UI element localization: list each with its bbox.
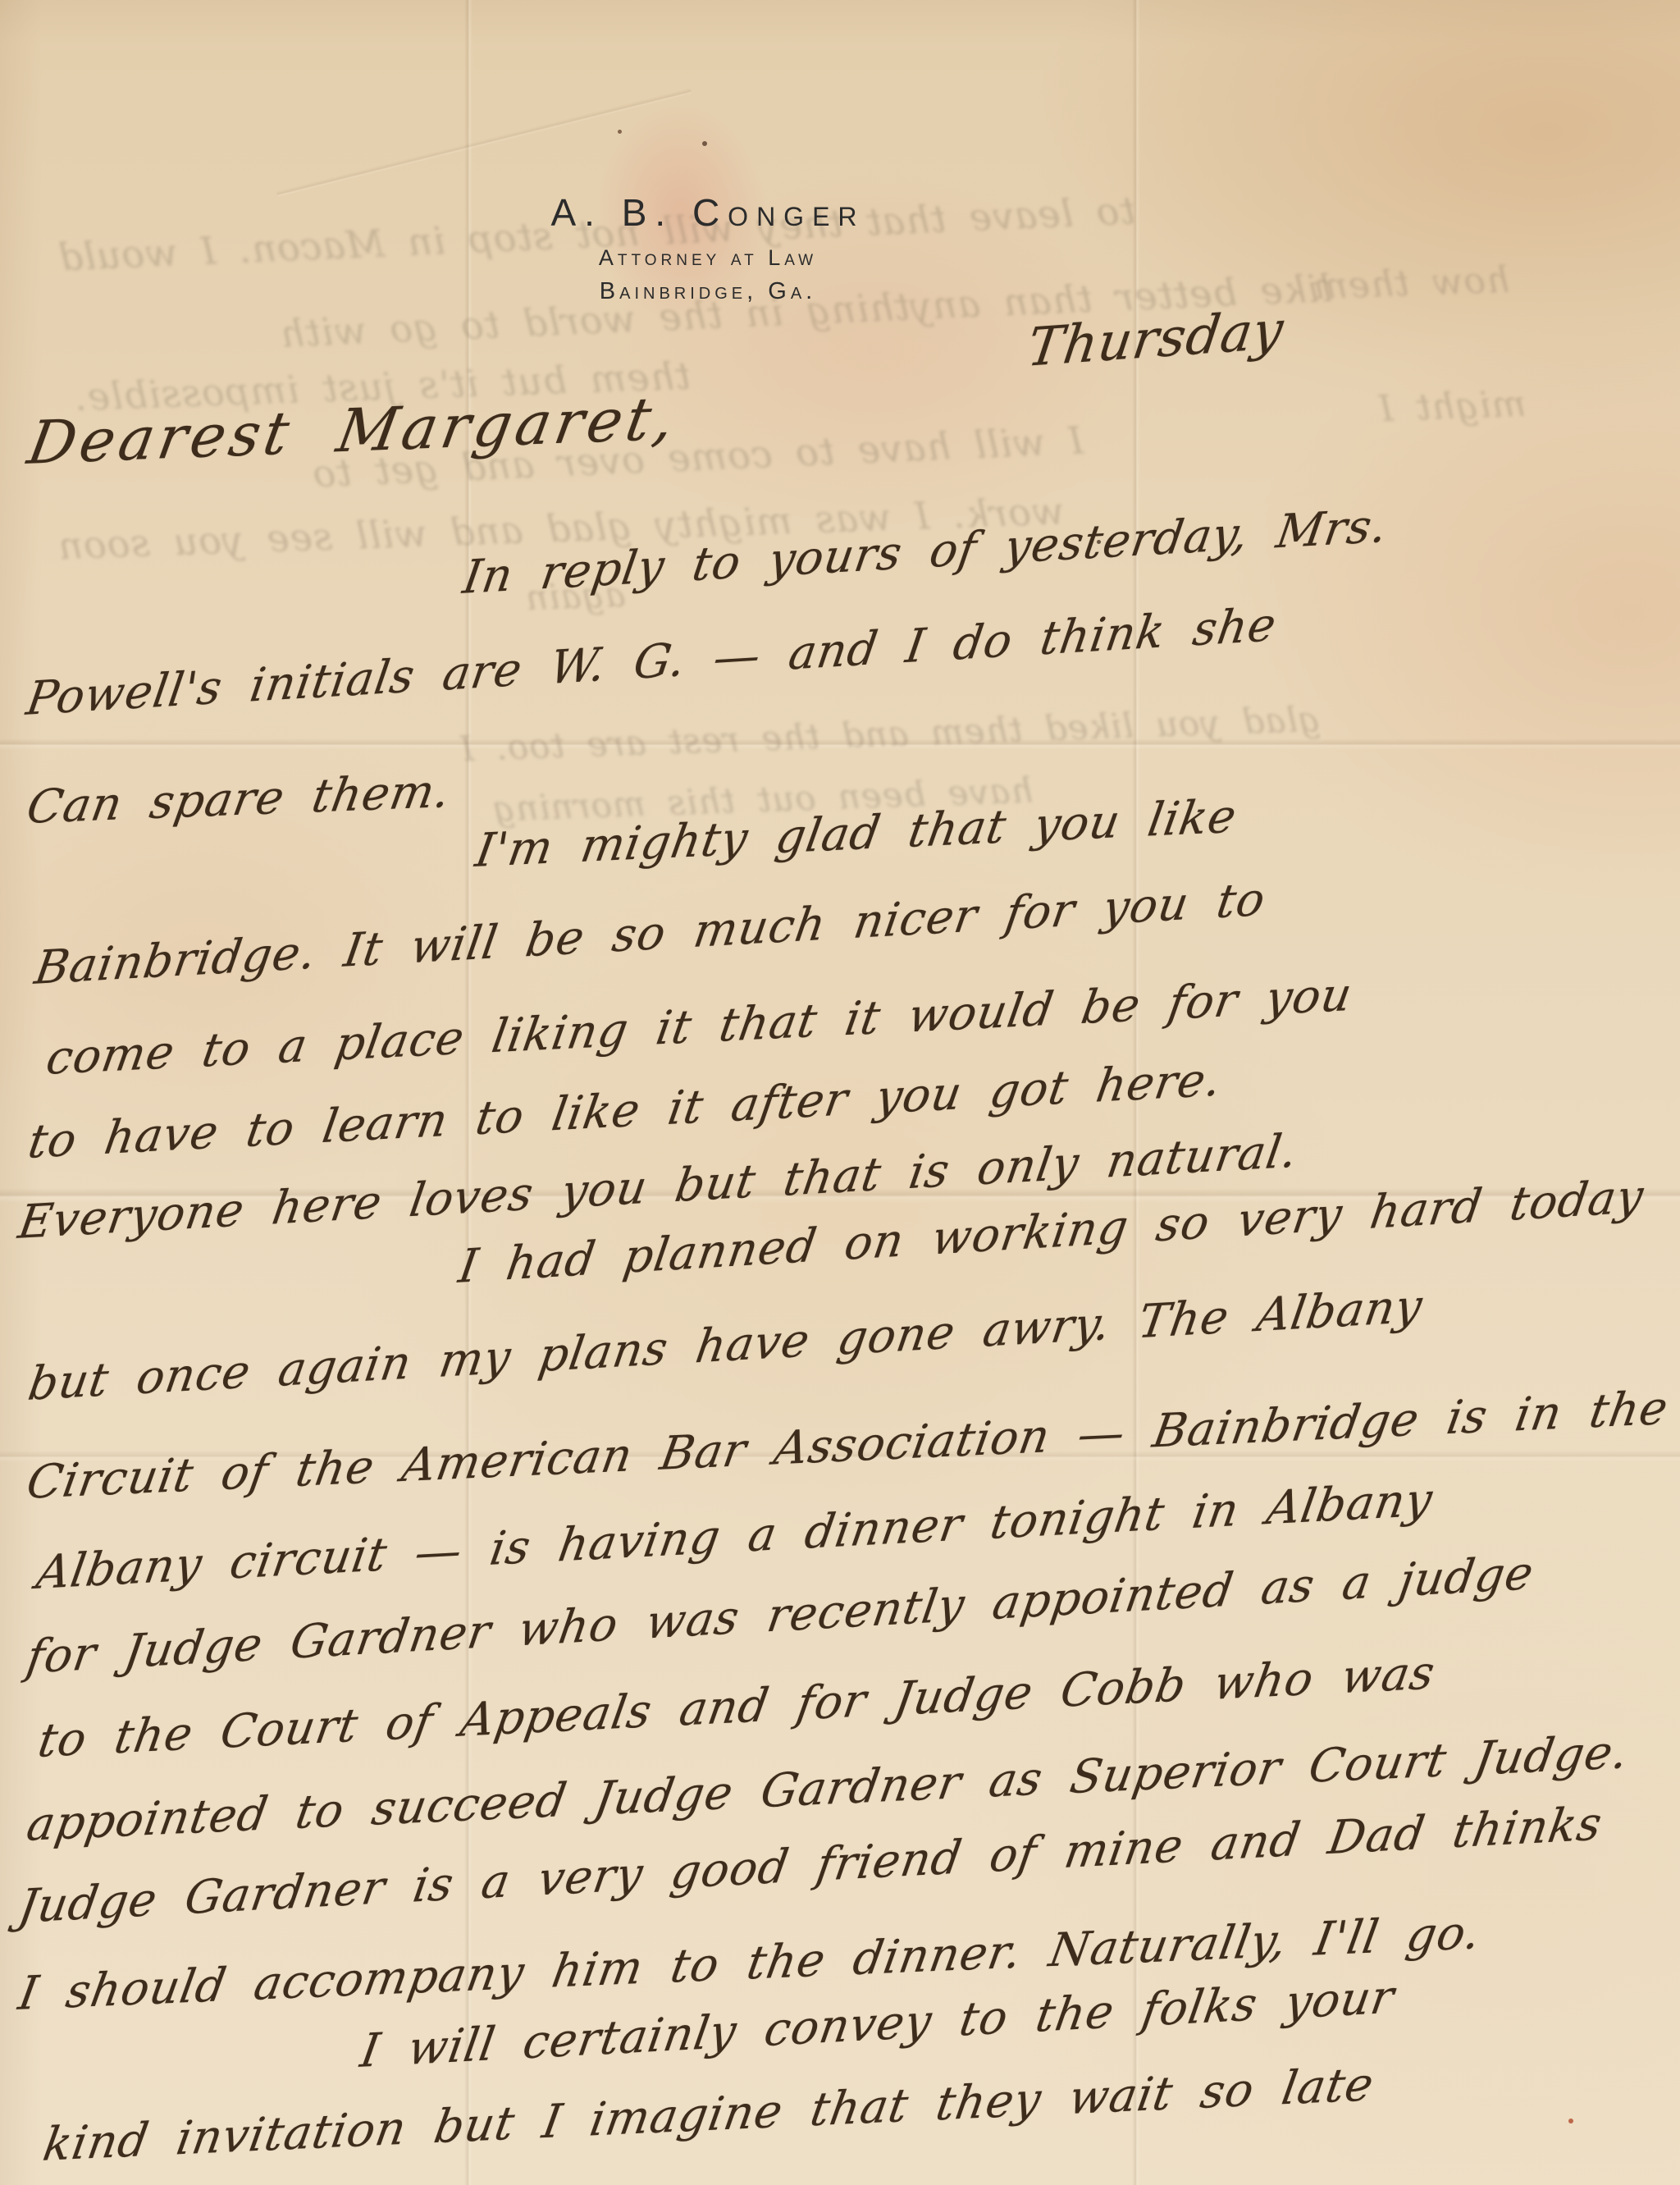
handwritten-line: but once again my plans have gone awry. … <box>25 1279 1427 1411</box>
letterhead-title: Attorney at Law <box>550 245 865 271</box>
letter-page: to leave that they will not stop in Maco… <box>0 0 1680 2185</box>
red-speck <box>1568 2119 1573 2123</box>
letterhead-name: A. B. Conger <box>550 190 865 235</box>
handwritten-line: kind invitation but I imagine that they … <box>39 2058 1378 2172</box>
letterhead-location: Bainbridge, Ga. <box>550 278 865 305</box>
ink-speck <box>702 141 707 146</box>
handwritten-line: Bainbridge. It will be so much nicer for… <box>31 873 1269 995</box>
bleed-through-line: how them <box>1312 259 1510 308</box>
bleed-through-line: glad you liked them and the rest are too… <box>459 699 1321 770</box>
paper-crease-diagonal <box>276 88 692 198</box>
letterhead: A. B. Conger Attorney at Law Bainbridge,… <box>550 190 865 305</box>
handwritten-line: Can spare them. <box>23 765 454 834</box>
ink-speck <box>618 130 622 134</box>
bleed-through-line: might I <box>1377 383 1527 430</box>
